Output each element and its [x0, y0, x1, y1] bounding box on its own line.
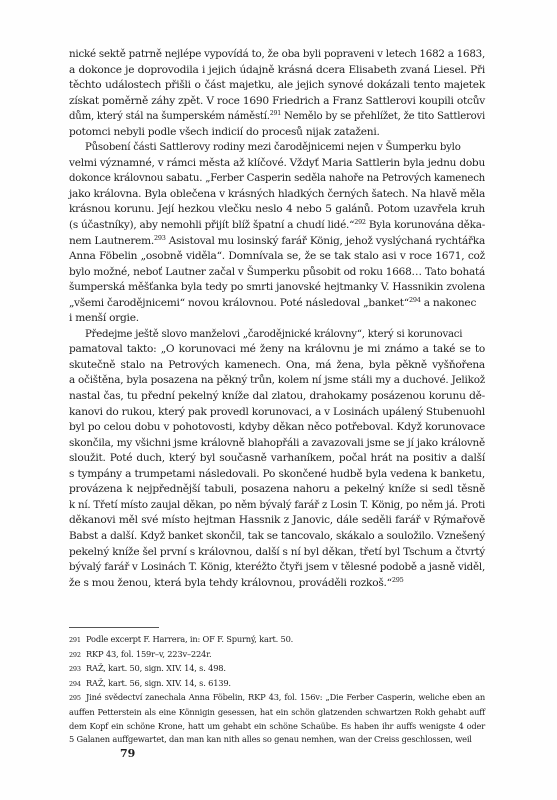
- line-text: získat poměrně záhy zpět. V roce 1690 Fr…: [69, 95, 485, 107]
- line-text: jako královna. Byla oblečena v krásných …: [69, 188, 485, 200]
- body-line: získat poměrně záhy zpět. V roce 1690 Fr…: [69, 94, 485, 110]
- footnote-number: 293: [69, 663, 86, 677]
- line-text: Nemělo by se přehlížet, že tito Sattlero…: [281, 110, 485, 122]
- line-text: dům, který stál na šumperském náměstí.: [69, 110, 270, 122]
- line-text: krásnou korunu. Její hezkou vlečku neslo…: [69, 203, 485, 215]
- footnote-ref[interactable]: 292: [354, 218, 366, 226]
- footnote-line: 293RAŽ, kart. 50, sign. XIV. 14, s. 498.: [69, 662, 485, 677]
- line-text: k ní. Třetí místo zaujal děkan, po něm b…: [69, 499, 485, 511]
- line-text: bylo možné, neboť Lautner začal v Šumper…: [69, 266, 485, 278]
- line-text: kanovi do rukou, který pak provedl korun…: [69, 406, 485, 418]
- body-line: provázena k nejpřednější tabuli, posazen…: [69, 482, 485, 498]
- line-text: Byla korunována děka-: [366, 219, 485, 231]
- body-line: jako královna. Byla oblečena v krásných …: [69, 187, 485, 203]
- line-text: pamatoval takto: „O korunovaci mé ženy n…: [69, 343, 485, 355]
- line-text: skončila, my všichni jsme královně blaho…: [69, 437, 485, 449]
- body-line: pekelný kníže šel první s královnou, dal…: [69, 545, 485, 561]
- footnote-number: 291: [69, 634, 86, 648]
- line-text: (s účastníky), aby nemohli přijít blíž š…: [69, 219, 354, 231]
- body-line: (s účastníky), aby nemohli přijít blíž š…: [69, 218, 485, 234]
- body-line: „všemi čarodějnicemi“ novou královnou. P…: [69, 296, 485, 312]
- body-line: potomci nebyli podle všech indicií do pr…: [69, 125, 485, 141]
- body-line: nické sektě patrně nejlépe vypovídá to, …: [69, 47, 485, 63]
- line-text: bývalý farář v Losinách T. König, kteréž…: [69, 561, 485, 573]
- body-line: nastal čas, tu přední pekelný kníže dal …: [69, 389, 485, 405]
- line-text: dokonce královnou sabatu. „Ferber Casper…: [69, 172, 485, 184]
- line-text: Předejme ještě slovo manželovi „čarodějn…: [85, 328, 462, 340]
- body-line: těchto událostech přišli o část majetku,…: [69, 78, 485, 94]
- line-text: provázena k nejpřednější tabuli, posazen…: [69, 483, 485, 495]
- body-line: s tympány a trumpetami následovali. Po s…: [69, 467, 485, 483]
- line-text: a očištěna, byla posazena na pěkný trůn,…: [69, 374, 485, 386]
- footnote-ref[interactable]: 291: [270, 109, 281, 117]
- line-text: pekelný kníže šel první s královnou, dal…: [69, 546, 485, 558]
- body-text: nické sektě patrně nejlépe vypovídá to, …: [69, 47, 485, 591]
- line-text: sloužit. Poté duch, který byl současně v…: [69, 452, 485, 464]
- body-line: Působení části Sattlerovy rodiny mezi ča…: [69, 140, 501, 156]
- line-text: Asistoval mu losinský farář König, jehož…: [166, 235, 485, 247]
- body-line: nem Lautnerem.293 Asistoval mu losinský …: [69, 234, 485, 250]
- footnote-ref[interactable]: 294: [409, 296, 421, 304]
- footnote-text: 5 Galanen auffgewartet, dan man kan nith…: [69, 734, 472, 744]
- body-line: Anna Föbelin „osobně viděla“. Domnívala …: [69, 249, 485, 265]
- footnote: 293RAŽ, kart. 50, sign. XIV. 14, s. 498.: [69, 662, 485, 677]
- footnote-line: 5 Galanen auffgewartet, dan man kan nith…: [69, 733, 485, 747]
- line-text: těchto událostech přišli o část majetku,…: [69, 79, 485, 91]
- footnote-rule: [69, 627, 159, 628]
- body-line: krásnou korunu. Její hezkou vlečku neslo…: [69, 202, 485, 218]
- body-line: a očištěna, byla posazena na pěkný trůn,…: [69, 373, 485, 389]
- body-line: skutečně stalo na Petrových kamenech. On…: [69, 358, 485, 374]
- line-text: s tympány a trumpetami následovali. Po s…: [69, 468, 485, 480]
- footnote-text: Jiné svědectví zanechala Anna Föbelin, R…: [86, 692, 485, 702]
- line-text: děkanovi měl své místo hejtman Hassnik z…: [69, 514, 485, 526]
- line-text: a dokonce je doprovodila i jejich údajně…: [69, 64, 485, 76]
- line-text: šumperská měšťanka byla tedy po smrti ja…: [69, 281, 485, 293]
- body-line: skončila, my všichni jsme královně blaho…: [69, 436, 485, 452]
- body-line: a dokonce je doprovodila i jejich údajně…: [69, 63, 485, 79]
- page-number: 79: [120, 747, 135, 760]
- footnote-ref[interactable]: 295: [392, 576, 404, 584]
- body-line: k ní. Třetí místo zaujal děkan, po něm b…: [69, 498, 485, 514]
- footnote-line: 295Jiné svědectví zanechala Anna Föbelin…: [69, 691, 485, 706]
- body-line: šumperská měšťanka byla tedy po smrti ja…: [69, 280, 485, 296]
- footnote: 295Jiné svědectví zanechala Anna Föbelin…: [69, 691, 485, 746]
- line-text: že s mou ženou, která byla tehdy královn…: [69, 577, 392, 589]
- book-page: nické sektě patrně nejlépe vypovídá to, …: [0, 0, 557, 800]
- line-text: potomci nebyli podle všech indicií do pr…: [69, 126, 380, 138]
- body-line: že s mou ženou, která byla tehdy královn…: [69, 576, 485, 592]
- footnote-text: RKP 43, fol. 159r–v, 223v–224r.: [86, 649, 211, 659]
- footnote: 291Podle excerpt F. Harrera, in: OF F. S…: [69, 633, 485, 648]
- body-line: Předejme ještě slovo manželovi „čarodějn…: [69, 327, 501, 343]
- body-line: pamatoval takto: „O korunovaci mé ženy n…: [69, 342, 485, 358]
- body-line: byl po celou dobu v pohotovosti, kdyby d…: [69, 420, 485, 436]
- footnote-line: dem Kopf ein schöne Krone, hatt um gehab…: [69, 720, 485, 734]
- body-line: velmi významné, v rámci města až klíčové…: [69, 156, 485, 172]
- body-line: dům, který stál na šumperském náměstí.29…: [69, 109, 485, 125]
- line-text: nem Lautnerem.: [69, 235, 154, 247]
- footnotes: 291Podle excerpt F. Harrera, in: OF F. S…: [69, 633, 485, 747]
- body-line: dokonce královnou sabatu. „Ferber Casper…: [69, 171, 485, 187]
- footnote: 294RAŽ, kart. 56, sign. XIV. 14, s. 6139…: [69, 677, 485, 692]
- line-text: nastal čas, tu přední pekelný kníže dal …: [69, 390, 485, 402]
- footnote-text: Podle excerpt F. Harrera, in: OF F. Spur…: [86, 634, 293, 644]
- footnote-number: 294: [69, 678, 86, 692]
- line-text: skutečně stalo na Petrových kamenech. On…: [69, 359, 485, 371]
- body-line: i menší orgie.: [69, 311, 485, 327]
- line-text: nické sektě patrně nejlépe vypovídá to, …: [69, 48, 485, 60]
- line-text: i menší orgie.: [69, 312, 139, 324]
- footnote-line: auffen Petterstein als eine Könnigin ges…: [69, 706, 485, 720]
- footnote-text: RAŽ, kart. 56, sign. XIV. 14, s. 6139.: [86, 678, 231, 688]
- line-text: „všemi čarodějnicemi“ novou královnou. P…: [69, 297, 409, 309]
- line-text: Působení části Sattlerovy rodiny mezi ča…: [85, 141, 461, 153]
- body-line: kanovi do rukou, který pak provedl korun…: [69, 405, 485, 421]
- line-text: Anna Föbelin „osobně viděla“. Domnívala …: [69, 250, 485, 262]
- line-text: a nakonec: [421, 297, 477, 309]
- body-line: bývalý farář v Losinách T. König, kteréž…: [69, 560, 485, 576]
- footnote-number: 292: [69, 649, 86, 663]
- line-text: byl po celou dobu v pohotovosti, kdyby d…: [69, 421, 485, 433]
- body-line: Babst a další. Když banket skončil, tak …: [69, 529, 485, 545]
- footnote-ref[interactable]: 293: [154, 234, 166, 242]
- footnote-number: 295: [69, 692, 86, 706]
- body-line: sloužit. Poté duch, který byl současně v…: [69, 451, 485, 467]
- footnote: 292RKP 43, fol. 159r–v, 223v–224r.: [69, 648, 485, 663]
- body-line: děkanovi měl své místo hejtman Hassnik z…: [69, 513, 485, 529]
- body-line: bylo možné, neboť Lautner začal v Šumper…: [69, 265, 485, 281]
- line-text: velmi významné, v rámci města až klíčové…: [69, 157, 485, 169]
- line-text: Babst a další. Když banket skončil, tak …: [69, 530, 485, 542]
- footnote-text: RAŽ, kart. 50, sign. XIV. 14, s. 498.: [86, 663, 226, 673]
- footnote-line: 294RAŽ, kart. 56, sign. XIV. 14, s. 6139…: [69, 677, 485, 692]
- footnote-text: auffen Petterstein als eine Könnigin ges…: [69, 707, 485, 717]
- footnote-line: 292RKP 43, fol. 159r–v, 223v–224r.: [69, 648, 485, 663]
- footnote-line: 291Podle excerpt F. Harrera, in: OF F. S…: [69, 633, 485, 648]
- footnote-text: dem Kopf ein schöne Krone, hatt um gehab…: [69, 721, 485, 731]
